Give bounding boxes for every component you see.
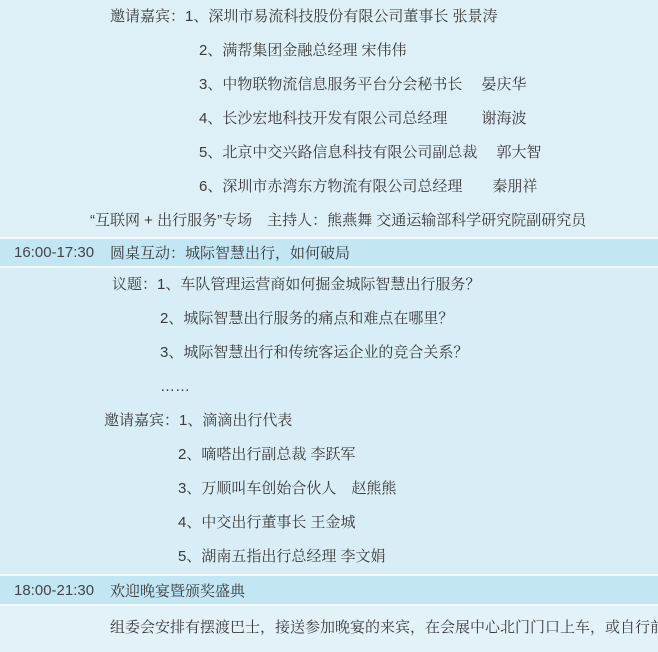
- next-session-header-line: “互联网 + 出行服务”专场 主持人：熊燕舞 交通运输部科学研究院副研究员: [0, 204, 658, 237]
- dinner-time-row: 18:00-21:30 欢迎晚宴暨颁奖盛典: [0, 576, 658, 604]
- topic-item: 2、城际智慧出行服务的痛点和难点在哪里？: [0, 302, 658, 336]
- dinner-note-block: 组委会安排有摆渡巴士，接送参加晚宴的来宾，在会展中心北门门口上车，或自行前往: [0, 606, 658, 652]
- topic-item: 3、城际智慧出行和传统客运企业的竞合关系？: [0, 336, 658, 370]
- roundtable-time-row: 16:00-17:30 圆桌互动：城际智慧出行，如何破局: [0, 239, 658, 266]
- time-label: 16:00-17:30: [14, 239, 94, 266]
- guest-item: 3、万顺叫车创始合伙人 赵熊熊: [0, 472, 658, 506]
- conference-agenda-page: 邀请嘉宾：1、深圳市易流科技股份有限公司董事长 张景涛 2、满帮集团金融总经理 …: [0, 0, 658, 652]
- topic-ellipsis: ……: [0, 370, 658, 404]
- session-title: 圆桌互动：城际智慧出行，如何破局: [0, 239, 658, 266]
- logistics-session-guests-block: 邀请嘉宾：1、深圳市易流科技股份有限公司董事长 张景涛 2、满帮集团金融总经理 …: [0, 0, 658, 237]
- roundtable-session-details-block: 议题：1、车队管理运营商如何掘金城际智慧出行服务？ 2、城际智慧出行服务的痛点和…: [0, 268, 658, 574]
- guests-intro-line: 邀请嘉宾：1、滴滴出行代表: [0, 404, 658, 438]
- dinner-note-line: 组委会安排有摆渡巴士，接送参加晚宴的来宾，在会展中心北门门口上车，或自行前往: [0, 606, 658, 643]
- time-label: 18:00-21:30: [14, 576, 94, 604]
- guest-item: 5、湖南五指出行总经理 李文娟: [0, 540, 658, 574]
- guests-intro-line: 邀请嘉宾：1、深圳市易流科技股份有限公司董事长 张景涛: [0, 0, 658, 34]
- topics-intro-line: 议题：1、车队管理运营商如何掘金城际智慧出行服务？: [0, 268, 658, 302]
- guest-item: 3、中物联物流信息服务平台分会秘书长 晏庆华: [0, 68, 658, 102]
- guest-item: 6、深圳市赤湾东方物流有限公司总经理 秦朋祥: [0, 170, 658, 204]
- guest-item: 2、满帮集团金融总经理 宋伟伟: [0, 34, 658, 68]
- guest-item: 5、北京中交兴路信息科技有限公司副总裁 郭大智: [0, 136, 658, 170]
- guest-item: 4、中交出行董事长 王金城: [0, 506, 658, 540]
- guest-item: 4、长沙宏地科技开发有限公司总经理 谢海波: [0, 102, 658, 136]
- session-title: 欢迎晚宴暨颁奖盛典: [0, 576, 658, 604]
- guest-item: 2、嘀嗒出行副总裁 李跃军: [0, 438, 658, 472]
